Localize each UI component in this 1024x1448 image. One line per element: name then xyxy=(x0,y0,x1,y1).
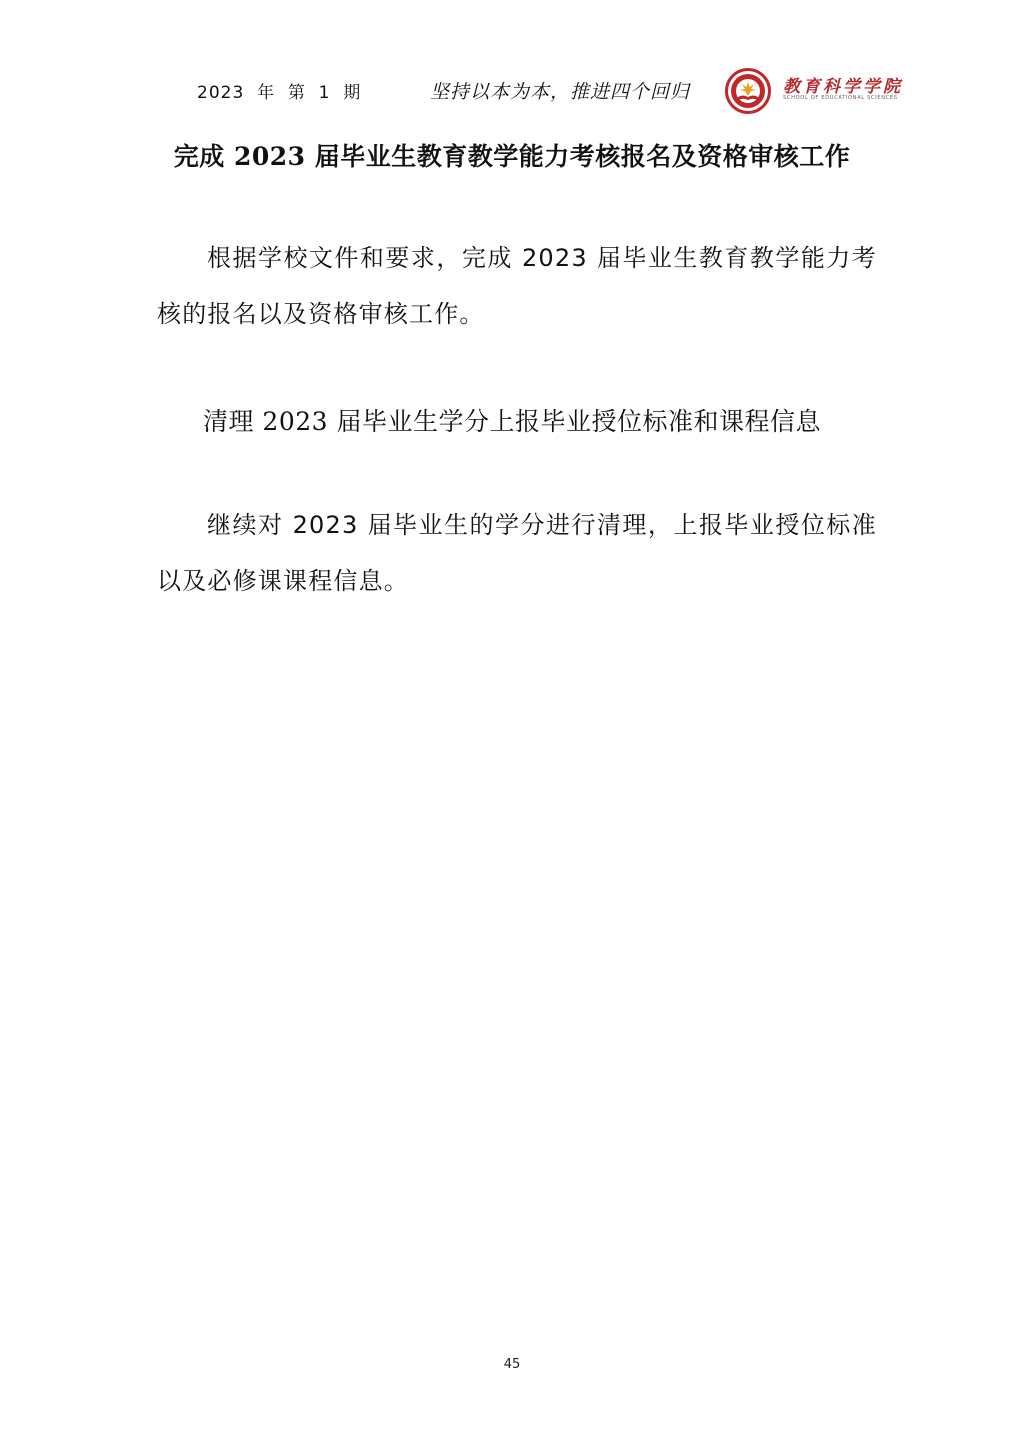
school-emblem-icon xyxy=(725,68,771,114)
section-title-2: 清理 2023 届毕业生学分上报毕业授位标准和课程信息 xyxy=(0,402,1024,438)
school-logo: 教育科学学院 SCHOOL OF EDUCATIONAL SCIENCES xyxy=(725,68,905,112)
page-number: 45 xyxy=(0,1357,1024,1372)
school-name-cn: 教育科学学院 xyxy=(783,72,903,97)
header-motto: 坚持以本为本，推进四个回归 xyxy=(430,77,690,104)
section-body-1: 根据学校文件和要求，完成 2023 届毕业生教育教学能力考核的报名以及资格审核工… xyxy=(157,230,877,342)
school-name-en: SCHOOL OF EDUCATIONAL SCIENCES xyxy=(783,95,898,101)
section-title-1: 完成 2023 届毕业生教育教学能力考核报名及资格审核工作 xyxy=(0,137,1024,173)
issue-label: 2023 年 第 1 期 xyxy=(197,78,361,103)
page-header: 2023 年 第 1 期 坚持以本为本，推进四个回归 教育科学学院 SCHOOL… xyxy=(0,68,1024,112)
section-body-2: 继续对 2023 届毕业生的学分进行清理，上报毕业授位标准以及必修课课程信息。 xyxy=(157,497,877,609)
